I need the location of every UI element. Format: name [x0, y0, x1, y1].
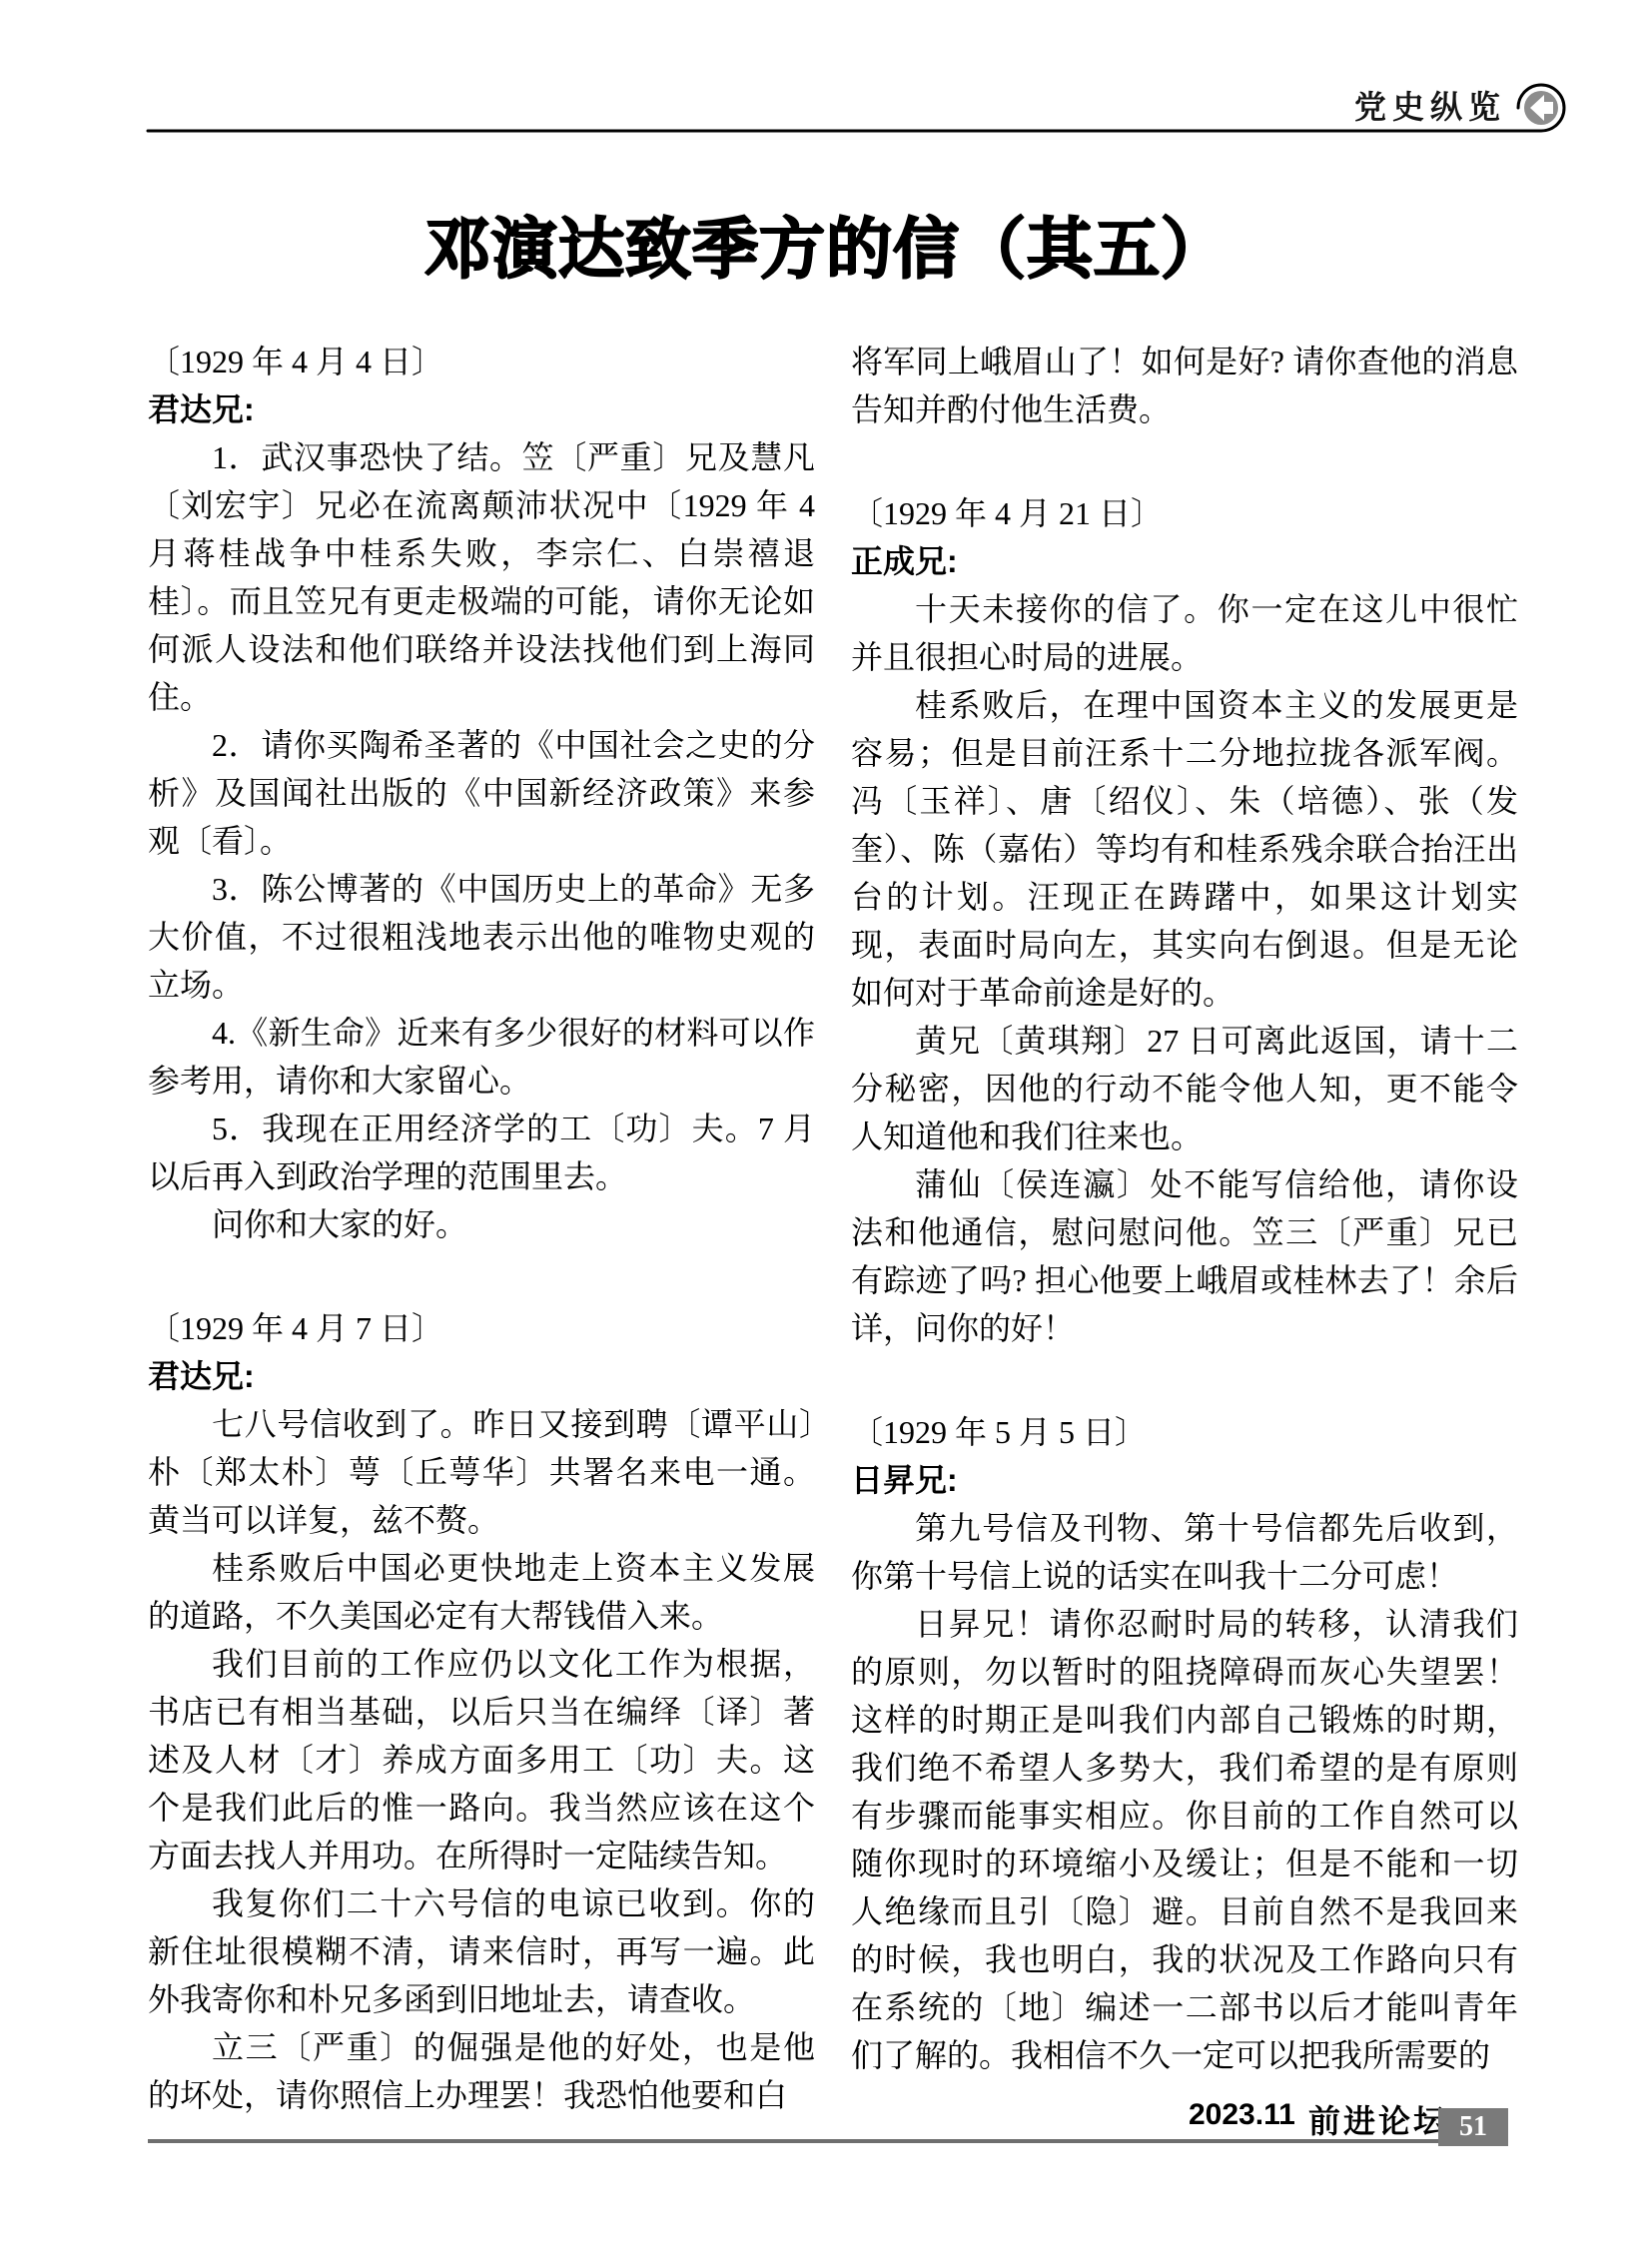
page-number-badge: 51	[1438, 2108, 1508, 2146]
section-label: 党史纵览	[1354, 82, 1506, 128]
magazine-page: 党史纵览 邓演达致季方的信（其五） 〔1929 年 4 月 4 日〕君达兄:1．…	[0, 0, 1652, 2242]
paragraph: 5．我现在正用经济学的工〔功〕夫。7 月以后再入到政治学理的范围里去。	[148, 1105, 815, 1200]
salutation: 君达兄:	[148, 385, 815, 433]
article-title: 邓演达致季方的信（其五）	[0, 196, 1652, 291]
paragraph: 我们目前的工作应仍以文化工作为根据，书店已有相当基础，以后只当在编绎〔译〕著述及…	[148, 1640, 815, 1879]
column-right: 将军同上峨眉山了！如何是好? 请你查他的消息告知并酌付他生活费。〔1929 年 …	[851, 338, 1518, 2079]
footer-journal-name: 前进论坛	[1308, 2096, 1448, 2142]
date-line: 〔1929 年 4 月 4 日〕	[148, 338, 815, 385]
paragraph: 第九号信及刊物、第十号信都先后收到，你第十号信上说的话实在叫我十二分可虑！	[851, 1504, 1518, 1600]
paragraph: 2．请你买陶希圣著的《中国社会之史的分析》及国闻社出版的《中国新经济政策》来参观…	[148, 721, 815, 865]
date-line: 〔1929 年 4 月 21 日〕	[851, 489, 1518, 537]
paragraph: 桂系败后中国必更快地走上资本主义发展的道路，不久美国必定有大帮钱借入来。	[148, 1544, 815, 1640]
footer-issue-date: 2023.11	[1189, 2098, 1295, 2132]
column-left: 〔1929 年 4 月 4 日〕君达兄:1．武汉事恐快了结。笠〔严重〕兄及慧凡〔…	[148, 338, 815, 2119]
paragraph: 黄兄〔黄琪翔〕27 日可离此返国，请十二分秘密，因他的行动不能令他人知，更不能令…	[851, 1017, 1518, 1160]
paragraph: 问你和大家的好。	[148, 1200, 815, 1248]
salutation: 日昇兄:	[851, 1456, 1518, 1504]
paragraph: 七八号信收到了。昨日又接到聘〔谭平山〕朴〔郑太朴〕萼〔丘萼华〕共署名来电一通。黄…	[148, 1400, 815, 1544]
paragraph: 十天未接你的信了。你一定在这儿中很忙并且很担心时局的进展。	[851, 585, 1518, 681]
date-line: 〔1929 年 4 月 7 日〕	[148, 1304, 815, 1352]
salutation: 正成兄:	[851, 537, 1518, 585]
paragraph: 立三〔严重〕的倔强是他的好处，也是他的坏处，请你照信上办理罢！我恐怕他要和白	[148, 2023, 815, 2119]
paragraph: 我复你们二十六号信的电谅已收到。你的新住址很模糊不清，请来信时，再写一遍。此外我…	[148, 1879, 815, 2023]
salutation: 君达兄:	[148, 1352, 815, 1400]
paragraph: 蒲仙〔侯连瀛〕处不能写信给他，请你设法和他通信，慰问慰问他。笠三〔严重〕兄已有踪…	[851, 1160, 1518, 1352]
paragraph: 1．武汉事恐快了结。笠〔严重〕兄及慧凡〔刘宏宇〕兄必在流离颠沛状况中〔1929 …	[148, 433, 815, 721]
paragraph: 将军同上峨眉山了！如何是好? 请你查他的消息告知并酌付他生活费。	[851, 338, 1518, 433]
paragraph: 桂系败后，在理中国资本主义的发展更是容易；但是目前汪系十二分地拉拢各派军阀。冯〔…	[851, 681, 1518, 1017]
paragraph: 4.《新生命》近来有多少很好的材料可以作参考用，请你和大家留心。	[148, 1009, 815, 1105]
date-line: 〔1929 年 5 月 5 日〕	[851, 1408, 1518, 1456]
footer-rule	[148, 2139, 1438, 2143]
paragraph: 日昇兄！请你忍耐时局的转移，认清我们的原则，勿以暂时的阻挠障碍而灰心失望罢！这样…	[851, 1600, 1518, 2079]
paragraph: 3．陈公博著的《中国历史上的革命》无多大价值，不过很粗浅地表示出他的唯物史观的立…	[148, 865, 815, 1009]
header-rule	[148, 85, 1564, 131]
